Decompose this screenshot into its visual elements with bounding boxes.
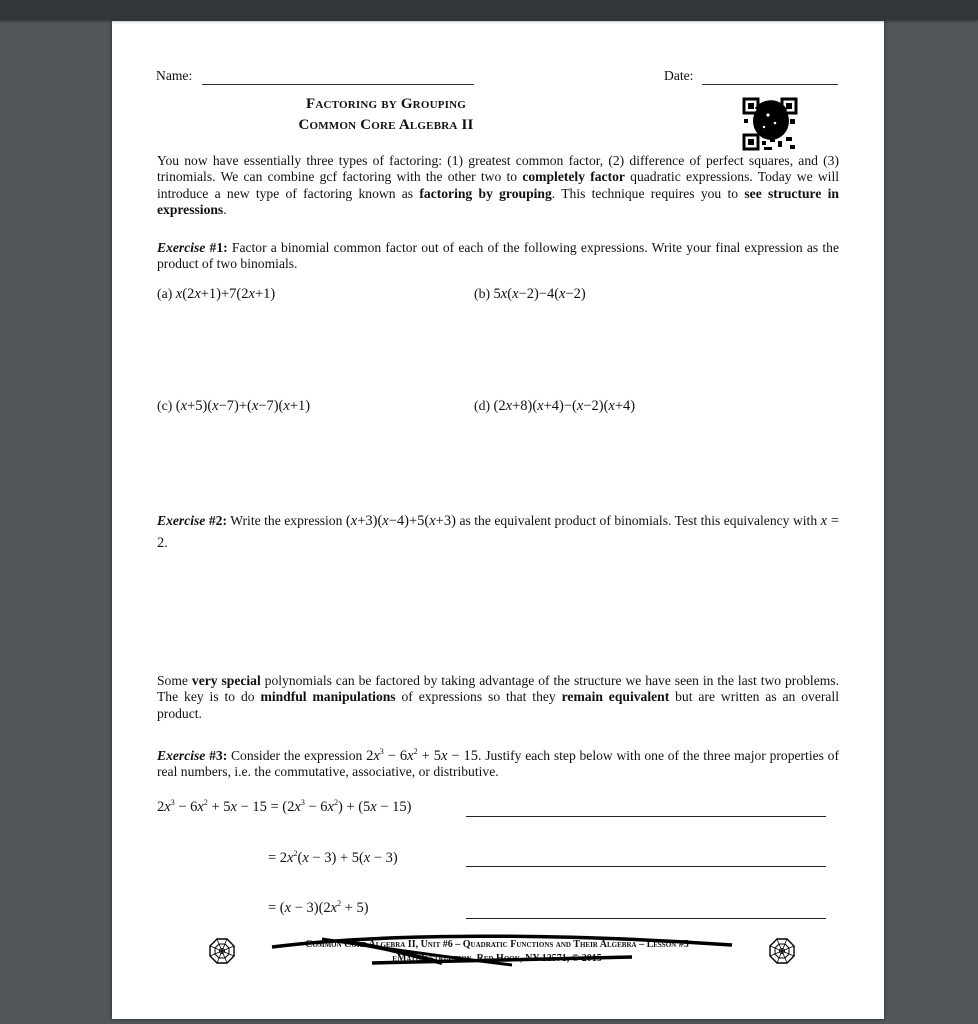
exercise2-label: Exercise xyxy=(157,513,205,528)
problem-label: (d) xyxy=(474,398,490,413)
name-label: Name: xyxy=(156,68,192,84)
exercise2-prompt: Exercise #2: Write the expression (x+3)(… xyxy=(157,510,839,554)
problem-label: (a) xyxy=(157,286,172,301)
body-text: . xyxy=(223,202,226,217)
exercise1-problem-c: (c) (x+5)(x−7)+(x−7)(x+1) xyxy=(157,398,310,415)
emphasis-text: completely factor xyxy=(522,169,625,184)
problem-expression: (x+5)(x−7)+(x−7)(x+1) xyxy=(176,398,310,414)
worksheet-subtitle: Common Core Algebra II xyxy=(0,117,772,134)
body-text: . This technique requires you to xyxy=(552,186,745,201)
exercise1-prompt: Exercise #1: Factor a binomial common fa… xyxy=(157,240,839,273)
footer-copyright-line: eMathInstruction, Red Hook, NY 12571, © … xyxy=(262,952,732,965)
date-label: Date: xyxy=(664,68,693,84)
exercise3-number: #3: xyxy=(209,748,227,763)
problem-expression: x(2x+1)+7(2x+1) xyxy=(176,286,275,302)
exercise1-text: Factor a binomial common factor out of e… xyxy=(157,240,839,271)
body-text: Some xyxy=(157,673,192,688)
name-field[interactable] xyxy=(202,84,474,85)
exercise3-step-1: 2x3 − 6x2 + 5x − 15 = (2x3 − 6x2) + (5x … xyxy=(157,798,411,816)
exercise3-step-3: = (x − 3)(2x2 + 5) xyxy=(268,899,369,917)
problem-expression: 5x(x−2)−4(x−2) xyxy=(494,286,586,302)
exercise1-label: Exercise xyxy=(157,240,205,255)
exercise2-text-after: as the equivalent product of binomials. … xyxy=(456,513,821,528)
exercise1-problem-a: (a) x(2x+1)+7(2x+1) xyxy=(157,286,275,303)
exercise2-expression: (x+3)(x−4)+5(x+3) xyxy=(346,513,456,529)
exercise1-number: #1: xyxy=(210,240,228,255)
exercise2-number: #2: xyxy=(209,513,227,528)
emphasis-text: remain equivalent xyxy=(562,689,670,704)
emphasis-text: very special xyxy=(192,673,261,688)
intro-paragraph: You now have essentially three types of … xyxy=(157,153,839,219)
exercise3-expression: 2x3 − 6x2 + 5x − 15 xyxy=(366,748,478,764)
footer-course-line: Common Core Algebra II, Unit #6 – Quadra… xyxy=(262,938,732,951)
exercise2-text: Write the expression xyxy=(227,513,346,528)
justification-line-2[interactable] xyxy=(466,866,826,867)
worksheet-title: Factoring by Grouping xyxy=(0,96,772,113)
period: . xyxy=(164,535,167,550)
problem-label: (c) xyxy=(157,398,172,413)
emphasis-text: mindful manipulations xyxy=(261,689,396,704)
viewer-toolbar xyxy=(0,0,978,20)
emphasis-text: factoring by grouping xyxy=(419,186,551,201)
emath-logo-icon xyxy=(768,937,796,965)
justification-line-1[interactable] xyxy=(466,816,826,817)
date-field[interactable] xyxy=(702,84,838,85)
problem-expression: (2x+8)(x+4)−(x−2)(x+4) xyxy=(494,398,636,414)
exercise1-problem-b: (b) 5x(x−2)−4(x−2) xyxy=(474,286,586,303)
exercise3-step-2: = 2x2(x − 3) + 5(x − 3) xyxy=(268,849,398,867)
exercise3-text: Consider the expression xyxy=(227,748,366,763)
exercise1-problem-d: (d) (2x+8)(x+4)−(x−2)(x+4) xyxy=(474,398,635,415)
exercise3-prompt: Exercise #3: Consider the expression 2x3… xyxy=(157,744,839,781)
justification-line-3[interactable] xyxy=(466,918,826,919)
problem-label: (b) xyxy=(474,286,490,301)
special-polynomials-paragraph: Some very special polynomials can be fac… xyxy=(157,673,839,722)
qr-code-icon xyxy=(742,97,798,151)
exercise3-label: Exercise xyxy=(157,748,205,763)
document-page: Name: Date: Factoring by Grouping Common… xyxy=(112,21,884,1019)
body-text: of expressions so that they xyxy=(396,689,562,704)
emath-logo-icon xyxy=(208,937,236,965)
